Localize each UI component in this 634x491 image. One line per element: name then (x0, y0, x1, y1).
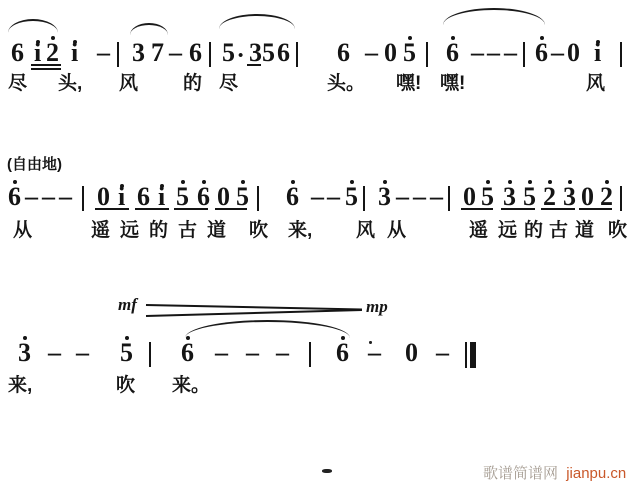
octave-dot (341, 336, 345, 340)
note: 5 (176, 184, 189, 210)
note: 6 (337, 40, 350, 66)
note: – (471, 40, 484, 66)
note: – (413, 184, 426, 210)
note: 7 (151, 40, 164, 66)
lyric-syllable: 尽 (219, 73, 238, 95)
note: – (246, 340, 259, 366)
lyric-syllable: 风 (119, 73, 138, 95)
lyric-syllable: 遥 (91, 220, 110, 242)
dynamic-mp-label: mp (366, 297, 388, 317)
barline (257, 186, 259, 211)
slur (185, 320, 350, 338)
lyric-syllable: 来, (288, 220, 312, 242)
beam-underline (31, 68, 61, 70)
note: – (487, 40, 500, 66)
barline (149, 342, 151, 367)
note: 3 (378, 184, 391, 210)
lyric-syllable: 来, (8, 375, 32, 397)
slur (8, 19, 58, 33)
note: – (97, 40, 110, 66)
slur (443, 8, 545, 25)
barline (296, 42, 298, 67)
octave-dot (160, 184, 164, 188)
watermark: 歌谱简谱网 jianpu.cn (483, 462, 626, 483)
octave-dot (36, 40, 40, 44)
note: – (276, 340, 289, 366)
note: 5 (523, 184, 536, 210)
note: – (396, 184, 409, 210)
lyric-syllable: 头。 (327, 73, 365, 95)
lyric-syllable: 嘿! (396, 73, 421, 95)
octave-dot (383, 180, 387, 184)
lyric-syllable: 来。 (172, 375, 210, 397)
note: 3 (503, 184, 516, 210)
lyric-syllable: 风 (586, 73, 605, 95)
octave-dot (548, 180, 552, 184)
octave-dot (596, 40, 600, 44)
note: 3 (563, 184, 576, 210)
final-barline-thin (465, 342, 467, 368)
octave-dot (291, 180, 295, 184)
note: 2 (46, 40, 59, 66)
note: 6 (277, 40, 290, 66)
watermark-site-url: jianpu.cn (566, 465, 626, 482)
note: 0 (384, 40, 397, 66)
note: – (215, 340, 228, 366)
note: – (42, 184, 55, 210)
barline (117, 42, 119, 67)
lyric-syllable: 头, (58, 73, 82, 95)
note: 0 (405, 340, 418, 366)
lyric-syllable: 道 (207, 220, 226, 242)
octave-dot (528, 180, 532, 184)
barline (209, 42, 211, 67)
barline (620, 186, 622, 211)
note: 0 (97, 184, 110, 210)
note: 5 (222, 40, 235, 66)
octave-dot (568, 180, 572, 184)
watermark-site-name: 歌谱简谱网 (483, 465, 558, 482)
final-barline-thick (470, 342, 476, 368)
note: 6 (11, 40, 24, 66)
note: – (25, 184, 38, 210)
octave-dot (241, 180, 245, 184)
note: i (34, 40, 41, 66)
note: – (76, 340, 89, 366)
lyric-syllable: 嘿! (440, 73, 465, 95)
beam-underline (579, 208, 612, 210)
note: 3 (18, 340, 31, 366)
note: 6 (286, 184, 299, 210)
barline (363, 186, 365, 211)
octave-dot (451, 36, 455, 40)
decrescendo-hairpin-bottom-line (146, 309, 362, 317)
dynamic-mf-label: mf (118, 295, 137, 315)
note: i (594, 40, 601, 66)
slur (130, 23, 168, 35)
octave-dot (540, 36, 544, 40)
slur (219, 14, 295, 29)
octave-dot (605, 180, 609, 184)
lyric-syllable: 风 (356, 220, 375, 242)
tempo-marking: (自由地) (7, 153, 62, 174)
note: 2 (543, 184, 556, 210)
note: 3 (132, 40, 145, 66)
octave-dot (23, 336, 27, 340)
note: 6 (8, 184, 21, 210)
lyric-syllable: 从 (13, 220, 32, 242)
beam-underline (215, 208, 247, 210)
barline (448, 186, 450, 211)
note: – (311, 184, 324, 210)
note: i (158, 184, 165, 210)
note: 6 (336, 340, 349, 366)
lyric-syllable: 的 (524, 220, 543, 242)
octave-dot (51, 36, 55, 40)
barline (620, 42, 622, 67)
beam-underline (461, 208, 493, 210)
note: 0 (463, 184, 476, 210)
lyric-syllable: 尽 (8, 73, 27, 95)
lyric-syllable: 的 (149, 220, 168, 242)
note: 3 (249, 40, 262, 66)
ink-speck (369, 341, 372, 344)
lyric-syllable: 远 (498, 220, 517, 242)
note: i (118, 184, 125, 210)
note: 6 (446, 40, 459, 66)
note: – (169, 40, 182, 66)
lyric-syllable: 的 (183, 73, 202, 95)
barline (82, 186, 84, 211)
ink-speck (322, 469, 332, 473)
note: – (365, 40, 378, 66)
beam-underline (95, 208, 129, 210)
lyric-syllable: 吹 (116, 375, 135, 397)
lyric-syllable: 古 (178, 220, 197, 242)
note: 5 (262, 40, 275, 66)
note: 6 (181, 340, 194, 366)
note: 0 (567, 40, 580, 66)
note: – (551, 40, 564, 66)
beam-underline (247, 64, 261, 66)
beam-underline (135, 208, 169, 210)
note: – (327, 184, 340, 210)
octave-dot (508, 180, 512, 184)
note: 6 (189, 40, 202, 66)
octave-dot (186, 336, 190, 340)
sheet-music-page: (自由地) 6i2i–37–65•3566–056–––6–0i尽头,风的尽头。… (0, 0, 634, 491)
lyric-syllable: 道 (575, 220, 594, 242)
note: i (71, 40, 78, 66)
note: 0 (217, 184, 230, 210)
note: 6 (197, 184, 210, 210)
beam-underline (501, 208, 535, 210)
note: 5 (345, 184, 358, 210)
lyric-syllable: 吹 (249, 220, 268, 242)
note: 5 (403, 40, 416, 66)
octave-dot (202, 180, 206, 184)
note: – (48, 340, 61, 366)
beam-underline (31, 64, 61, 66)
lyric-syllable: 吹 (608, 220, 627, 242)
octave-dot (120, 184, 124, 188)
lyric-syllable: 远 (120, 220, 139, 242)
beam-underline (541, 208, 575, 210)
lyric-syllable: 从 (387, 220, 406, 242)
barline (523, 42, 525, 67)
note: – (436, 340, 449, 366)
note: – (504, 40, 517, 66)
note: 2 (600, 184, 613, 210)
octave-dot (181, 180, 185, 184)
note: 5 (120, 340, 133, 366)
note: – (430, 184, 443, 210)
augmentation-dot: • (238, 49, 243, 64)
barline (426, 42, 428, 67)
octave-dot (408, 36, 412, 40)
octave-dot (350, 180, 354, 184)
note: 6 (137, 184, 150, 210)
lyric-syllable: 遥 (469, 220, 488, 242)
octave-dot (73, 40, 77, 44)
beam-underline (174, 208, 208, 210)
note: 6 (535, 40, 548, 66)
note: 5 (481, 184, 494, 210)
note: 0 (581, 184, 594, 210)
octave-dot (13, 180, 17, 184)
barline (309, 342, 311, 367)
note: – (59, 184, 72, 210)
note: 5 (236, 184, 249, 210)
octave-dot (125, 336, 129, 340)
lyric-syllable: 古 (549, 220, 568, 242)
octave-dot (486, 180, 490, 184)
